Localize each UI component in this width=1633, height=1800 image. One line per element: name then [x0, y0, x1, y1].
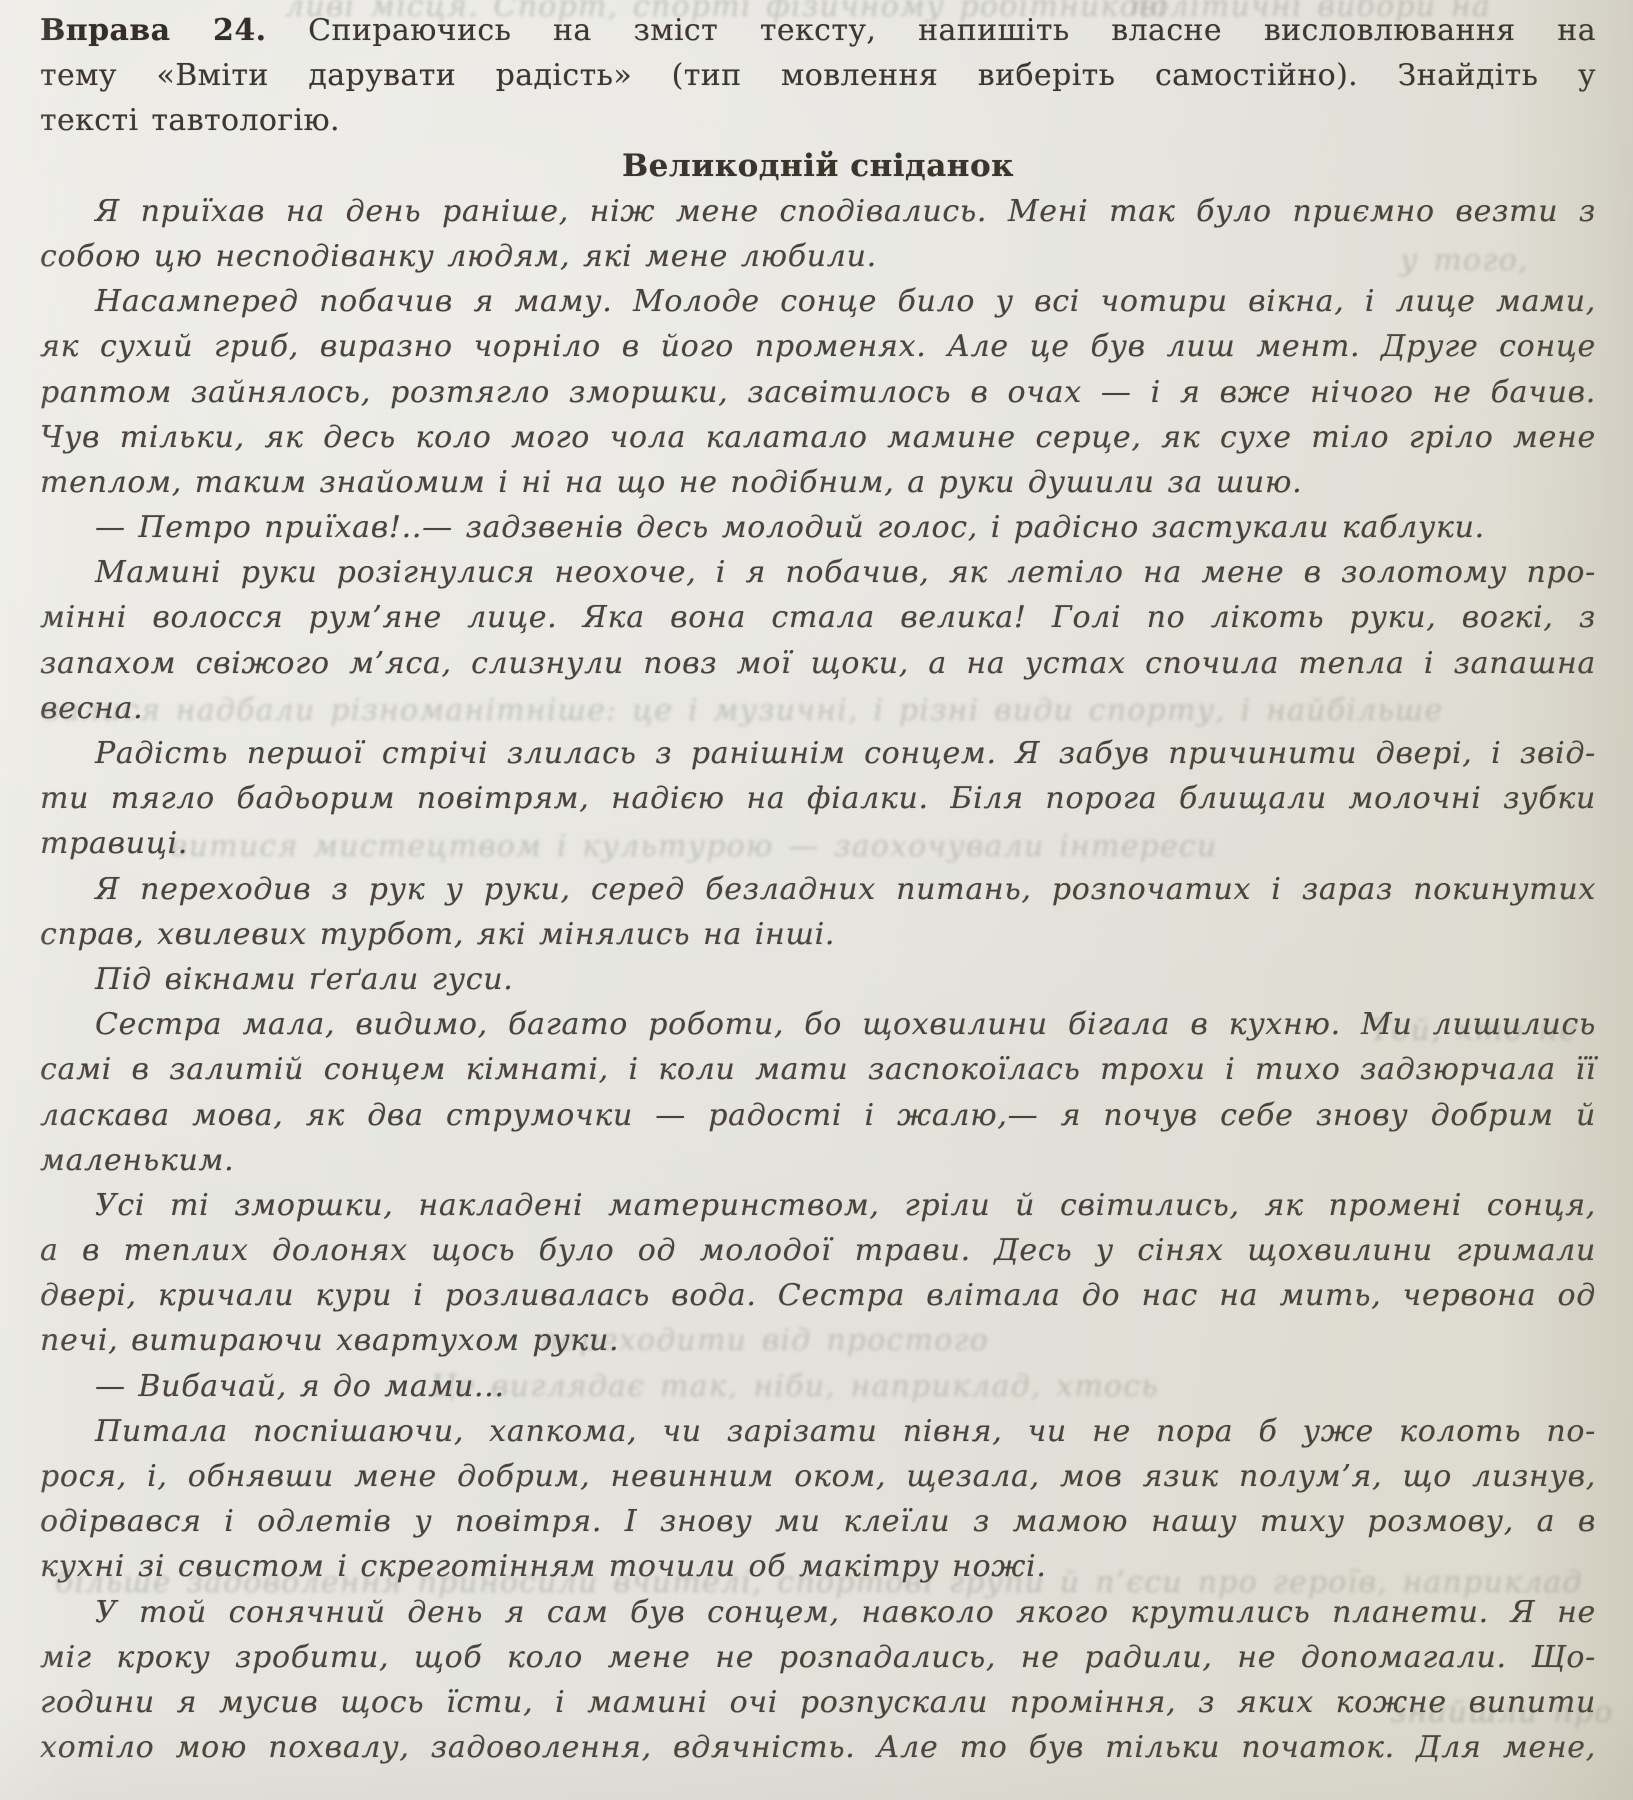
scanned-textbook-page: ливі місця. Спорт, спорті фізичному робі…: [0, 0, 1633, 1800]
story-line: У той сонячний день я сам був сонцем, на…: [40, 1590, 1596, 1635]
story-line: весна.: [40, 686, 1596, 731]
story-line: Я переходив з рук у руки, серед безладни…: [40, 867, 1596, 912]
story-line: а в теплих долонях щось було од молодої …: [40, 1228, 1596, 1273]
exercise-instructions: Вправа 24. Спираючись на зміст тексту, н…: [40, 8, 1596, 144]
story-line: одірвався і одлетів у повітря. І знову м…: [40, 1499, 1596, 1544]
story-line: маленьким.: [40, 1138, 1596, 1183]
story-line: Сестра мала, видимо, багато роботи, бо щ…: [40, 1002, 1596, 1047]
story-line: — Вибачай, я до мами...: [40, 1364, 1596, 1409]
story-line: — Петро приїхав!..— задзвенів десь молод…: [40, 505, 1596, 550]
story-line: Під вікнами ґеґали гуси.: [40, 957, 1596, 1002]
story-title: Великодній сніданок: [40, 144, 1596, 189]
story-line: справ, хвилевих турбот, які мінялись на …: [40, 912, 1596, 957]
story-line: Чув тільки, як десь коло мого чола калат…: [40, 415, 1596, 460]
story-line: години я мусив щось їсти, і мамині очі р…: [40, 1680, 1596, 1725]
story-body: Я приїхав на день раніше, ніж мене споді…: [40, 189, 1596, 1771]
story-line: ти тягло бадьорим повітрям, надією на фі…: [40, 776, 1596, 821]
story-line: Я приїхав на день раніше, ніж мене споді…: [40, 189, 1596, 234]
story-line: міг кроку зробити, щоб коло мене не розп…: [40, 1635, 1596, 1680]
story-line: собою цю несподіванку людям, які мене лю…: [40, 234, 1596, 279]
story-line: самі в залитій сонцем кімнаті, і коли ма…: [40, 1047, 1596, 1092]
exercise-number: Вправа 24.: [40, 13, 266, 48]
story-line: Усі ті зморшки, накладені материнством, …: [40, 1183, 1596, 1228]
exercise-line-2: тему «Вміти дарувати радість» (тип мовле…: [40, 53, 1596, 98]
story-line: рося, і, обнявши мене добрим, невинним о…: [40, 1454, 1596, 1499]
story-line: печі, витираючи хвартухом руки.: [40, 1318, 1596, 1363]
story-line: Питала поспішаючи, хапкома, чи зарізати …: [40, 1409, 1596, 1454]
story-line: запахом свіжого м’яса, слизнули повз мої…: [40, 641, 1596, 686]
page-content: Вправа 24. Спираючись на зміст тексту, н…: [40, 8, 1596, 1770]
story-line: двері, кричали кури і розливалась вода. …: [40, 1273, 1596, 1318]
story-line: як сухий гриб, виразно чорніло в його пр…: [40, 324, 1596, 369]
story-line: травиці.: [40, 821, 1596, 866]
story-line: ласкава мова, як два струмочки — радості…: [40, 1093, 1596, 1138]
exercise-text: Спираючись на зміст тексту, напишіть вла…: [266, 13, 1596, 48]
story-line: Насамперед побачив я маму. Молоде сонце …: [40, 279, 1596, 324]
story-line: Радість першої стрічі злилась з ранішнім…: [40, 731, 1596, 776]
exercise-line-1: Вправа 24. Спираючись на зміст тексту, н…: [40, 8, 1596, 53]
story-line: мінні волосся рум’яне лице. Яка вона ста…: [40, 595, 1596, 640]
exercise-line-3: тексті тавтологію.: [40, 98, 1596, 143]
story-line: кухні зі свистом і скреготінням точили о…: [40, 1544, 1596, 1589]
story-line: Мамині руки розігнулися неохоче, і я поб…: [40, 550, 1596, 595]
story-line: теплом, таким знайомим і ні на що не под…: [40, 460, 1596, 505]
story-line: раптом зайнялось, розтягло зморшки, засв…: [40, 370, 1596, 415]
story-line: хотіло мою похвалу, задоволення, вдячніс…: [40, 1725, 1596, 1770]
